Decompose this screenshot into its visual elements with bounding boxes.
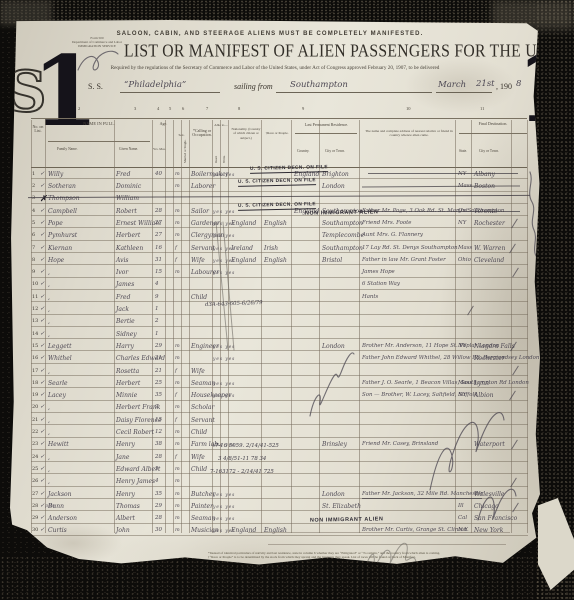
passenger-row: 17 ✓ , Rosetta 21 f Wife [31,363,528,376]
sex: m [175,355,180,362]
age-years: 15 [155,269,162,276]
checkmark: ✓ [40,281,45,288]
sex: m [175,429,180,436]
family-name: Kiernan [48,245,72,252]
family-name: Jackson [48,491,72,498]
destination-state: NY [458,343,466,350]
family-name: Lacey [48,392,66,399]
occupation: Servant [191,245,215,252]
residence-city: Brighton [322,171,349,178]
row-number: 1 [32,171,35,178]
read-write: yes yes [213,269,235,276]
given-name: Harry [116,343,134,350]
row-number: 20 [32,404,38,411]
row-number: 7 [32,245,35,252]
read-write: yes yes [213,380,235,387]
family-name: Hewitt [48,441,69,448]
given-name: Cecil Robert [116,429,154,436]
row-number: 8 [32,257,35,264]
age-years: 12 [155,429,162,436]
race: Irish [264,245,278,252]
checkmark: ✓ [40,380,45,387]
checkmark: ✓ [40,466,45,473]
row-number: 12 [32,306,38,313]
family-name: , [48,417,50,424]
sex: f [175,392,177,399]
relative-address: Father John Edward Whithel, 28 Willow Rd… [362,355,539,362]
read-write: yes yes [213,503,235,510]
family-name: Sotheran [48,183,76,190]
age-years: 29 [155,503,162,510]
checkmark: ✓ [40,269,45,276]
destination-city: Waterport [474,441,505,448]
occupation: Child [191,429,207,436]
age-years: 28 [155,515,162,522]
race: English [264,220,287,227]
occupation: Painter [191,503,213,510]
ink-line [368,173,518,174]
checkmark: ✓ [40,171,45,178]
passenger-row: 19 ✓ Lacey Minnie 35 f Housekeeper yes y… [31,387,528,400]
sex: f [175,245,177,252]
destination-state: NY [458,392,466,399]
checkmark: ✓ [40,355,45,362]
row-number: 16 [32,355,38,362]
row-number: 11 [32,294,38,301]
given-name: Herbert Frank [116,404,160,411]
relative-address: Friend Mrs. Foote [362,220,411,227]
relative-address: Father J. O. Searle, 1 Beacon Villas, So… [362,380,529,387]
sex: m [175,380,180,387]
residence-city: Bristol [322,257,342,264]
given-name: John [116,527,130,534]
given-name: Herbert [116,380,140,387]
ink-line [358,211,520,212]
passenger-row: 12 ✓ , Jack 1 [31,301,528,314]
destination-city: W. Warren [474,245,505,252]
given-name: Herbert [116,232,140,239]
destination-state: N.Y. [458,527,469,534]
given-name: Henry [116,441,135,448]
occupation: Wife [191,368,205,375]
race: English [264,257,287,264]
given-name: Bertie [116,318,135,325]
ruled-line [268,544,506,545]
family-name: , [48,281,50,288]
family-name: Whithel [48,355,72,362]
checkmark: ✓ [40,368,45,375]
age-years: 35 [155,491,162,498]
destination-city: Niagara Falls [474,343,515,350]
passenger-row: 14 ✓ , Sidney 1 [31,326,528,339]
checkmark: ✓ [40,245,45,252]
age-years: 35 [155,392,162,399]
destination-city: Walesville [474,491,504,498]
family-name: , [48,368,50,375]
passenger-row: 10 ✓ , James 4 6 Station Way [31,277,528,290]
checkmark: ✓ [40,257,45,264]
photo-noise-top [0,0,574,24]
row-number: 13 [32,318,38,325]
family-name: Pymhurst [48,232,77,239]
destination-state: NY [458,220,466,227]
family-name: , [48,306,50,313]
occupation: Seaman [191,515,215,522]
family-name: Pope [48,220,63,227]
checkmark: ✓ [40,417,45,424]
age-years: 28 [155,208,162,215]
family-name: , [48,294,50,301]
row-number: 26 [32,478,38,485]
read-write: yes yes [213,171,235,178]
checkmark: ✓ [40,441,45,448]
torn-corner-fragment [538,498,574,590]
age-years: 29 [155,343,162,350]
occupation: Servant [191,417,215,424]
occupation: Seaman [191,380,215,387]
residence-city: Templecombe [322,232,364,239]
passenger-row: 8 ✓ Hope Avis 31 f Wife yes yes England … [31,252,528,265]
passenger-row: 7 ✓ Kiernan Kathleen 16 f Servant yes ye… [31,240,528,253]
checkmark: ✓ [40,208,45,215]
family-name: Willy [48,171,63,178]
row-number: 17 [32,368,38,375]
passenger-row: 26 ✓ , Henry James 4 m [31,474,528,487]
age-years: 21 [155,368,162,375]
residence-city: St. Elizabeth [322,503,361,510]
age-years: 9 [155,294,159,301]
race: English [264,527,287,534]
relative-address: 17 Lay Rd. St. Denys Southampton [362,245,458,252]
sex: m [175,183,180,190]
sex: f [175,454,177,461]
age-years: 28 [155,454,162,461]
checkmark: ✓ [40,491,45,498]
family-name: Bunn [48,503,64,510]
age-years: 4 [155,478,159,485]
relative-address: Father Mr. Jackson, 32 Mile Rd. Manchest… [362,491,483,498]
read-write: yes yes [213,515,235,522]
given-name: Jack [116,306,129,313]
destination-city: Albion [474,392,494,399]
family-name: Campbell [48,208,77,215]
sex: m [175,491,180,498]
checkmark: ✓ [40,343,45,350]
destination-state: Mass [458,245,472,252]
relative-address: Aunt Mrs. G. Flannery [362,232,423,239]
given-name: Sidney [116,331,137,338]
checkmark: ✓ [40,294,45,301]
passenger-rows: 1 ✓ Willy Fred 40 m Boilermaker yes yes … [10,20,540,565]
reference-annotation: 7-16 3059. 2/14/41-525 [215,443,279,449]
passenger-row: 23 ✓ Hewitt Henry 38 m Farm lab. yes yes… [31,437,528,450]
read-write: yes yes [213,491,235,498]
sex: m [175,441,180,448]
checkmark: ✗ [40,195,47,202]
family-name: , [48,466,50,473]
nationality: England [231,257,256,264]
read-write: yes yes [213,208,235,215]
row-number: 10 [32,281,38,288]
footnote-block: *Instead of identical particulars of nat… [208,551,518,559]
row-number: 22 [32,429,38,436]
given-name: William [116,195,139,202]
family-name: Searle [48,380,68,387]
reference-annotation: 3 4/8/51-11 78 34 [218,456,266,462]
age-years: 40 [155,171,162,178]
passenger-row: 16 ✓ Whithel Charles Edward 21 m yes yes… [31,351,528,364]
nationality: Ireland [231,245,253,252]
family-name: , [48,331,50,338]
age-years: 15 [155,417,162,424]
row-number: 15 [32,343,38,350]
age-years: 25 [155,380,162,387]
occupation: Sailor [191,208,209,215]
sex: m [175,220,180,227]
passenger-row: 5 ✓ Pope Ernest William 27 m Gardener ye… [31,215,528,228]
non-immigrant-alien-stamp: NON IMMIGRANT ALIEN [310,516,384,523]
family-name: Anderson [48,515,77,522]
relative-address: Hants [362,294,378,301]
residence-city: London [322,183,345,190]
checkmark: ✓ [40,478,45,485]
checkmark: ✓ [40,503,45,510]
read-write: yes yes [213,232,235,239]
read-write: yes yes [213,343,235,350]
checkmark: ✓ [40,527,45,534]
occupation: Child [191,294,207,301]
passenger-row: 24 ✓ , Jane 28 f Wife [31,449,528,462]
destination-city: Albany [474,171,495,178]
row-number: 28 [32,503,38,510]
sex: f [175,417,177,424]
age-years: 1 [155,306,159,313]
sex: m [175,466,180,473]
row-number: 9 [32,269,35,276]
read-write: yes yes [213,392,235,399]
given-name: James [116,281,134,288]
age-years: 9 [155,404,159,411]
family-name: Hope [48,257,64,264]
row-number: 6 [32,232,35,239]
destination-state: Ill [458,503,464,510]
family-name: , [48,429,50,436]
row-number: 19 [32,392,38,399]
destination-state: Ohio [458,257,471,264]
row-number: 25 [32,466,38,473]
passenger-row: 25 ✓ , Edward Albert 5 m Child [31,461,528,474]
occupation: Laborer [191,183,215,190]
sex: m [175,208,180,215]
age-years: 30 [155,527,162,534]
passenger-row: 21 ✓ , Daisy Florence 15 f Servant [31,412,528,425]
manifest-sheet: Form 500 Department of Commerce and Labo… [10,20,540,565]
passenger-row: 28 ✓ ptte Bunn Thomas 29 m Painter yes y… [31,498,528,511]
passenger-row: 3 ✗ Thompson William [31,191,528,204]
row-number: 2 [32,183,35,190]
family-name: , [48,318,50,325]
age-years: 4 [155,281,159,288]
destination-state: Cal [458,515,467,522]
nationality: England [231,527,256,534]
sex: m [175,232,180,239]
row-number: 30 [32,527,38,534]
footnote-line: †“Race or People” is to be determined by… [208,555,518,559]
given-name: Dominic [116,183,141,190]
residence-city: London [322,491,345,498]
sex: m [175,515,180,522]
given-name: Avis [116,257,128,264]
residence-city: Brinsley [322,441,347,448]
read-write: yes yes [213,355,235,362]
ruled-line [248,532,510,533]
given-name: Minnie [116,392,137,399]
occupation: Wife [191,257,205,264]
given-name: Albert [116,515,135,522]
reference-annotation: 7-163172 - 2/14/41 725 [210,469,274,475]
relative-address: 6 Station Way [362,281,400,288]
family-name: , [48,269,50,276]
passenger-row: 18 ✓ Searle Herbert 25 m Seaman yes yes … [31,375,528,388]
checkmark: ✓ [40,331,45,338]
given-name: Robert [116,208,137,215]
checkmark: ✓ [40,429,45,436]
family-name: Thompson [48,195,80,202]
sex: m [175,503,180,510]
residence-city: Southampton [322,220,363,227]
passenger-row: 11 ✓ , Fred 9 Child Hants [31,289,528,302]
sex: m [175,171,180,178]
sex: f [175,368,177,375]
destination-city: Rochester [474,220,505,227]
row-number: 27 [32,491,38,498]
destination-state: NY [458,171,466,178]
row-number: 18 [32,380,38,387]
row-number: 29 [32,515,38,522]
occupation: Scholar [191,404,214,411]
ink-line [362,498,482,499]
checkmark: ✓ [40,220,45,227]
sex: m [175,404,180,411]
age-years: 2 [155,318,159,325]
age-years: 31 [155,257,162,264]
checkmark: ✓ [40,306,45,313]
checkmark: ✓ [40,515,45,522]
passenger-row: 13 ✓ , Bertie 2 [31,314,528,327]
relative-address: Brother Mr. Curtis, Grange St. Clinton [362,527,467,534]
sex: m [175,343,180,350]
checkmark: ✓ [40,404,45,411]
given-name: Kathleen [116,245,143,252]
row-number: 5 [32,220,35,227]
sex: m [175,269,180,276]
row-number: 24 [32,454,38,461]
row-number: 3 [32,195,35,202]
given-name: Fred [116,171,130,178]
age-years: 16 [155,245,162,252]
passenger-row: 9 ✓ , Ivor 15 m Labourer yes yes James H… [31,264,528,277]
passenger-row: 15 ✓ Leggett Harry 29 m Engineer yes yes… [31,338,528,351]
passenger-row: 20 ✓ , Herbert Frank 9 m Scholar [31,400,528,413]
given-name: Rosetta [116,368,139,375]
relative-address: Friend Mr. Casey, Brinsland [362,441,438,448]
destination-city: Lynn [474,380,489,387]
passenger-row: 29 ✓ Anderson Albert 28 m Seaman yes yes… [31,510,528,523]
destination-city: San Francisco [474,515,517,522]
given-name: Henry James [116,478,155,485]
destination-city: New York [474,527,503,534]
relative-address: James Hope [362,269,395,276]
given-name: Fred [116,294,130,301]
destination-city: Rochester [474,355,505,362]
destination-state: Mass [458,380,472,387]
occupation: Butcher [191,491,215,498]
age-years: 21 [155,355,162,362]
passenger-row: 22 ✓ , Cecil Robert 12 m Child [31,424,528,437]
destination-city: Cleveland [474,257,504,264]
sex: m [175,478,180,485]
given-name: Edward Albert [116,466,160,473]
age-years: 5 [155,466,159,473]
age-years: 27 [155,232,162,239]
age-years: 1 [155,331,159,338]
sex: m [175,527,180,534]
checkmark: ✓ [40,454,45,461]
given-name: Henry [116,491,135,498]
relative-address: Father in law Mr. Grant Foster [362,257,446,264]
row-number: 21 [32,417,38,424]
occupation: Child [191,466,207,473]
residence-city: London [322,343,345,350]
given-name: Ivor [116,269,128,276]
destination-city: Chicago [474,503,499,510]
nationality: England [231,220,256,227]
row-number: 4 [32,208,35,215]
given-name: Thomas [116,503,140,510]
family-name: , [48,404,50,411]
row-number: 14 [32,331,38,338]
photo-noise-bottom [0,556,574,600]
age-years: 27 [155,220,162,227]
sex: f [175,257,177,264]
checkmark: ✓ [40,183,45,190]
given-name: Jane [116,454,129,461]
age-years: 38 [155,441,162,448]
family-name: Leggett [48,343,72,350]
occupation: Wife [191,454,205,461]
passenger-row: 30 ✓ Curtis John 30 m Musician yes yes E… [31,523,528,536]
scanned-manifest-photo: Form 500 Department of Commerce and Labo… [0,0,574,600]
row-number: 23 [32,441,38,448]
checkmark: ✓ [40,318,45,325]
passenger-row: 6 ✓ Pymhurst Herbert 27 m Clergyman yes … [31,228,528,241]
family-name: , [48,454,50,461]
checkmark: ✓ [40,232,45,239]
family-name: , [48,478,50,485]
checkmark: ✓ [40,392,45,399]
residence-city: Southampton [322,245,363,252]
family-name: Curtis [48,527,67,534]
